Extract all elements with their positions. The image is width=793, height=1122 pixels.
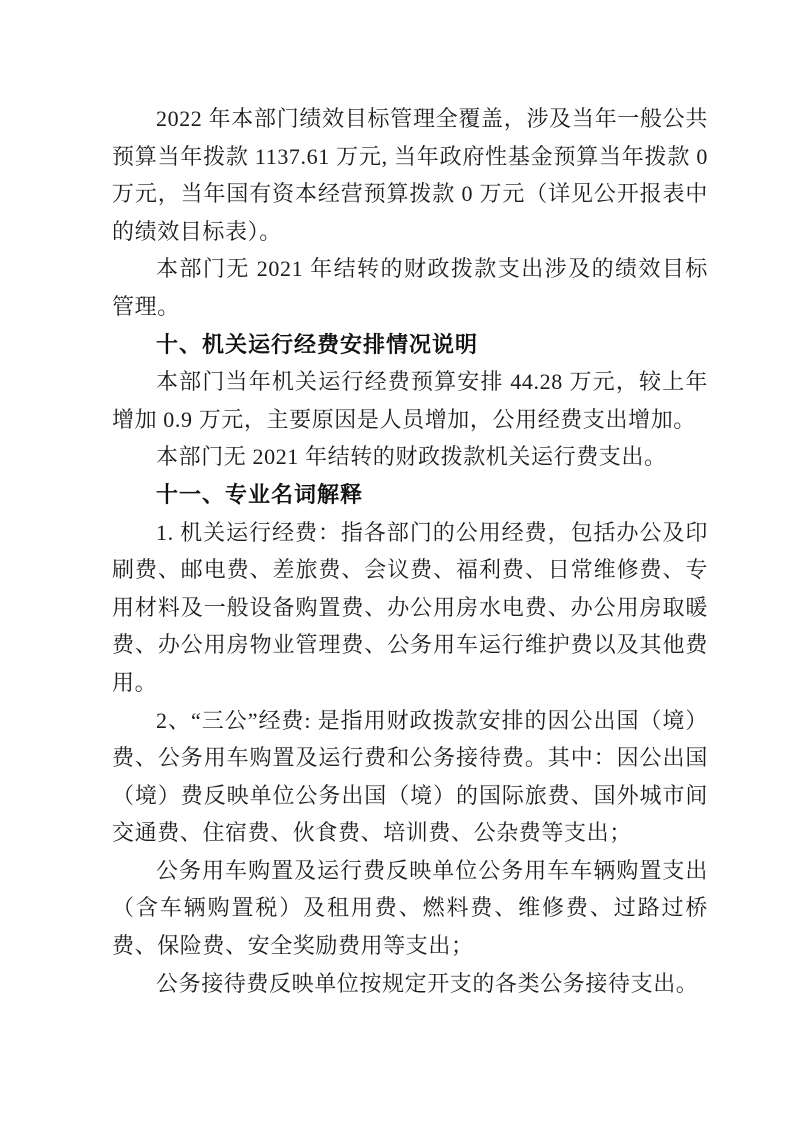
body-paragraph: 2022 年本部门绩效目标管理全覆盖，涉及当年一般公共预算当年拨款 1137.6… <box>112 100 708 250</box>
section-heading: 十一、专业名词解释 <box>112 476 708 514</box>
body-paragraph: 本部门当年机关运行经费预算安排 44.28 万元，较上年增加 0.9 万元，主要… <box>112 363 708 438</box>
body-paragraph: 2、“三公”经费: 是指用财政拨款安排的因公出国（境）费、公务用车购置及运行费和… <box>112 702 708 852</box>
body-paragraph: 公务用车购置及运行费反映单位公务用车车辆购置支出（含车辆购置税）及租用费、燃料费… <box>112 852 708 965</box>
document-page: 2022 年本部门绩效目标管理全覆盖，涉及当年一般公共预算当年拨款 1137.6… <box>0 0 793 1122</box>
body-paragraph: 1. 机关运行经费：指各部门的公用经费，包括办公及印刷费、邮电费、差旅费、会议费… <box>112 514 708 702</box>
document-body: 2022 年本部门绩效目标管理全覆盖，涉及当年一般公共预算当年拨款 1137.6… <box>112 100 708 1002</box>
body-paragraph: 本部门无 2021 年结转的财政拨款机关运行费支出。 <box>112 438 708 476</box>
body-paragraph: 公务接待费反映单位按规定开支的各类公务接待支出。 <box>112 965 708 1003</box>
body-paragraph: 本部门无 2021 年结转的财政拨款支出涉及的绩效目标管理。 <box>112 250 708 325</box>
section-heading: 十、机关运行经费安排情况说明 <box>112 326 708 364</box>
